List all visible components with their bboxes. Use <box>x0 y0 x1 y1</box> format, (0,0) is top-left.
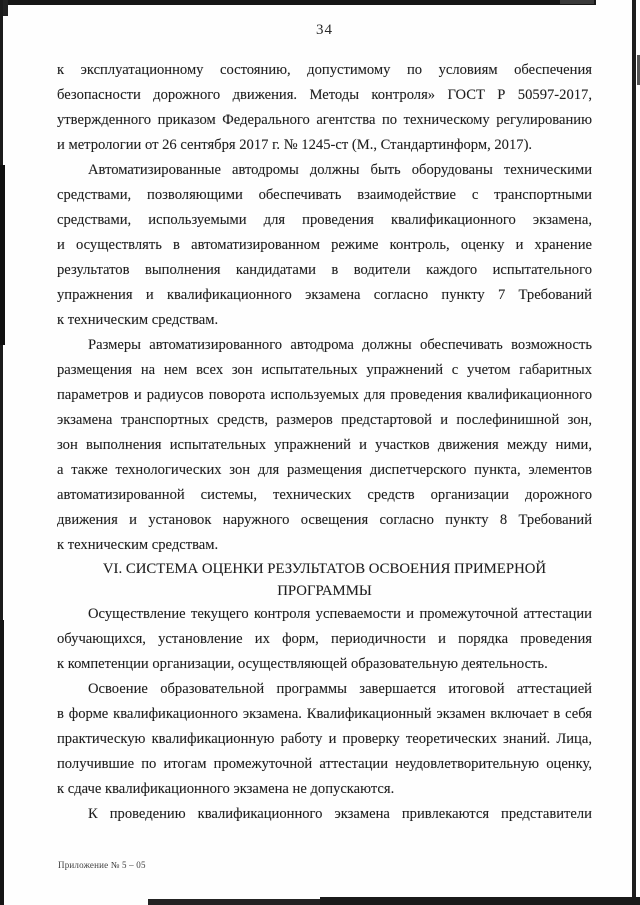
document-page: 34 к эксплуатационному состоянию, допуст… <box>0 0 640 905</box>
text-line: автоматизированной системы, технических … <box>57 483 592 508</box>
text-line: размещения на нем всех зон испытательных… <box>57 358 592 383</box>
scan-edge-bottom-dark <box>320 897 640 905</box>
text-line: в форме квалификационного экзамена. Квал… <box>57 702 592 727</box>
text-line: Автоматизированные автодромы должны быть… <box>57 158 592 183</box>
scan-edge-bottom <box>148 899 640 905</box>
document-body: к эксплуатационному состоянию, допустимо… <box>57 58 592 827</box>
section-heading-line: ПРОГРАММЫ <box>57 580 592 602</box>
text-line: упражнения и квалификационного экзамена … <box>57 283 592 308</box>
text-line: к техническим средствам. <box>57 533 592 558</box>
text-line: и метрологии от 26 сентября 2017 г. № 12… <box>57 133 592 158</box>
page-number: 34 <box>57 22 592 39</box>
text-line: Размеры автоматизированного автодрома до… <box>57 333 592 358</box>
paragraph: К проведению квалификационного экзамена … <box>57 802 592 827</box>
scan-edge-right <box>632 0 636 905</box>
text-line: результатов выполнения кандидатами в вод… <box>57 258 592 283</box>
text-line: экзамена транспортных средств, размеров … <box>57 408 592 433</box>
text-line: движения и установок наружного освещения… <box>57 508 592 533</box>
paragraph: Размеры автоматизированного автодрома до… <box>57 333 592 558</box>
text-line: зон выполнения испытательных упражнений … <box>57 433 592 458</box>
paragraph: Освоение образовательной программы завер… <box>57 677 592 802</box>
text-line: к техническим средствам. <box>57 308 592 333</box>
scan-edge-top-gray <box>560 0 594 4</box>
text-line: К проведению квалификационного экзамена … <box>57 802 592 827</box>
text-line: параметров и радиусов поворота используе… <box>57 383 592 408</box>
section-heading-line: VI. СИСТЕМА ОЦЕНКИ РЕЗУЛЬТАТОВ ОСВОЕНИЯ … <box>57 558 592 580</box>
text-line: к эксплуатационному состоянию, допустимо… <box>57 58 592 83</box>
text-line: Освоение образовательной программы завер… <box>57 677 592 702</box>
text-line: утвержденного приказом Федерального аген… <box>57 108 592 133</box>
text-line: безопасности дорожного движения. Методы … <box>57 83 592 108</box>
paragraph: Автоматизированные автодромы должны быть… <box>57 158 592 333</box>
section-heading: VI. СИСТЕМА ОЦЕНКИ РЕЗУЛЬТАТОВ ОСВОЕНИЯ … <box>57 558 592 602</box>
text-line: к компетенции организации, осуществляюще… <box>57 652 592 677</box>
text-line: Осуществление текущего контроля успеваем… <box>57 602 592 627</box>
footer-note: Приложение № 5 – 05 <box>58 860 146 870</box>
text-line: и осуществлять в автоматизированном режи… <box>57 233 592 258</box>
text-line: средствами, используемыми для проведения… <box>57 208 592 233</box>
scan-edge-left-seg2 <box>0 620 4 905</box>
text-line: получившие по итогам промежуточной аттес… <box>57 752 592 777</box>
text-line: практическую квалификационную работу и п… <box>57 727 592 752</box>
paragraph: Осуществление текущего контроля успеваем… <box>57 602 592 677</box>
scan-edge-corner <box>0 0 8 16</box>
text-line: к сдаче квалификационного экзамена не до… <box>57 777 592 802</box>
scan-edge-top <box>0 0 596 5</box>
text-line: а также технологических зон для размещен… <box>57 458 592 483</box>
paragraph: к эксплуатационному состоянию, допустимо… <box>57 58 592 158</box>
text-line: средствами, позволяющими обеспечивать вз… <box>57 183 592 208</box>
text-line: обучающихся, установление их форм, перио… <box>57 627 592 652</box>
scan-edge-left <box>0 0 3 905</box>
scan-edge-left-seg1 <box>0 165 5 345</box>
